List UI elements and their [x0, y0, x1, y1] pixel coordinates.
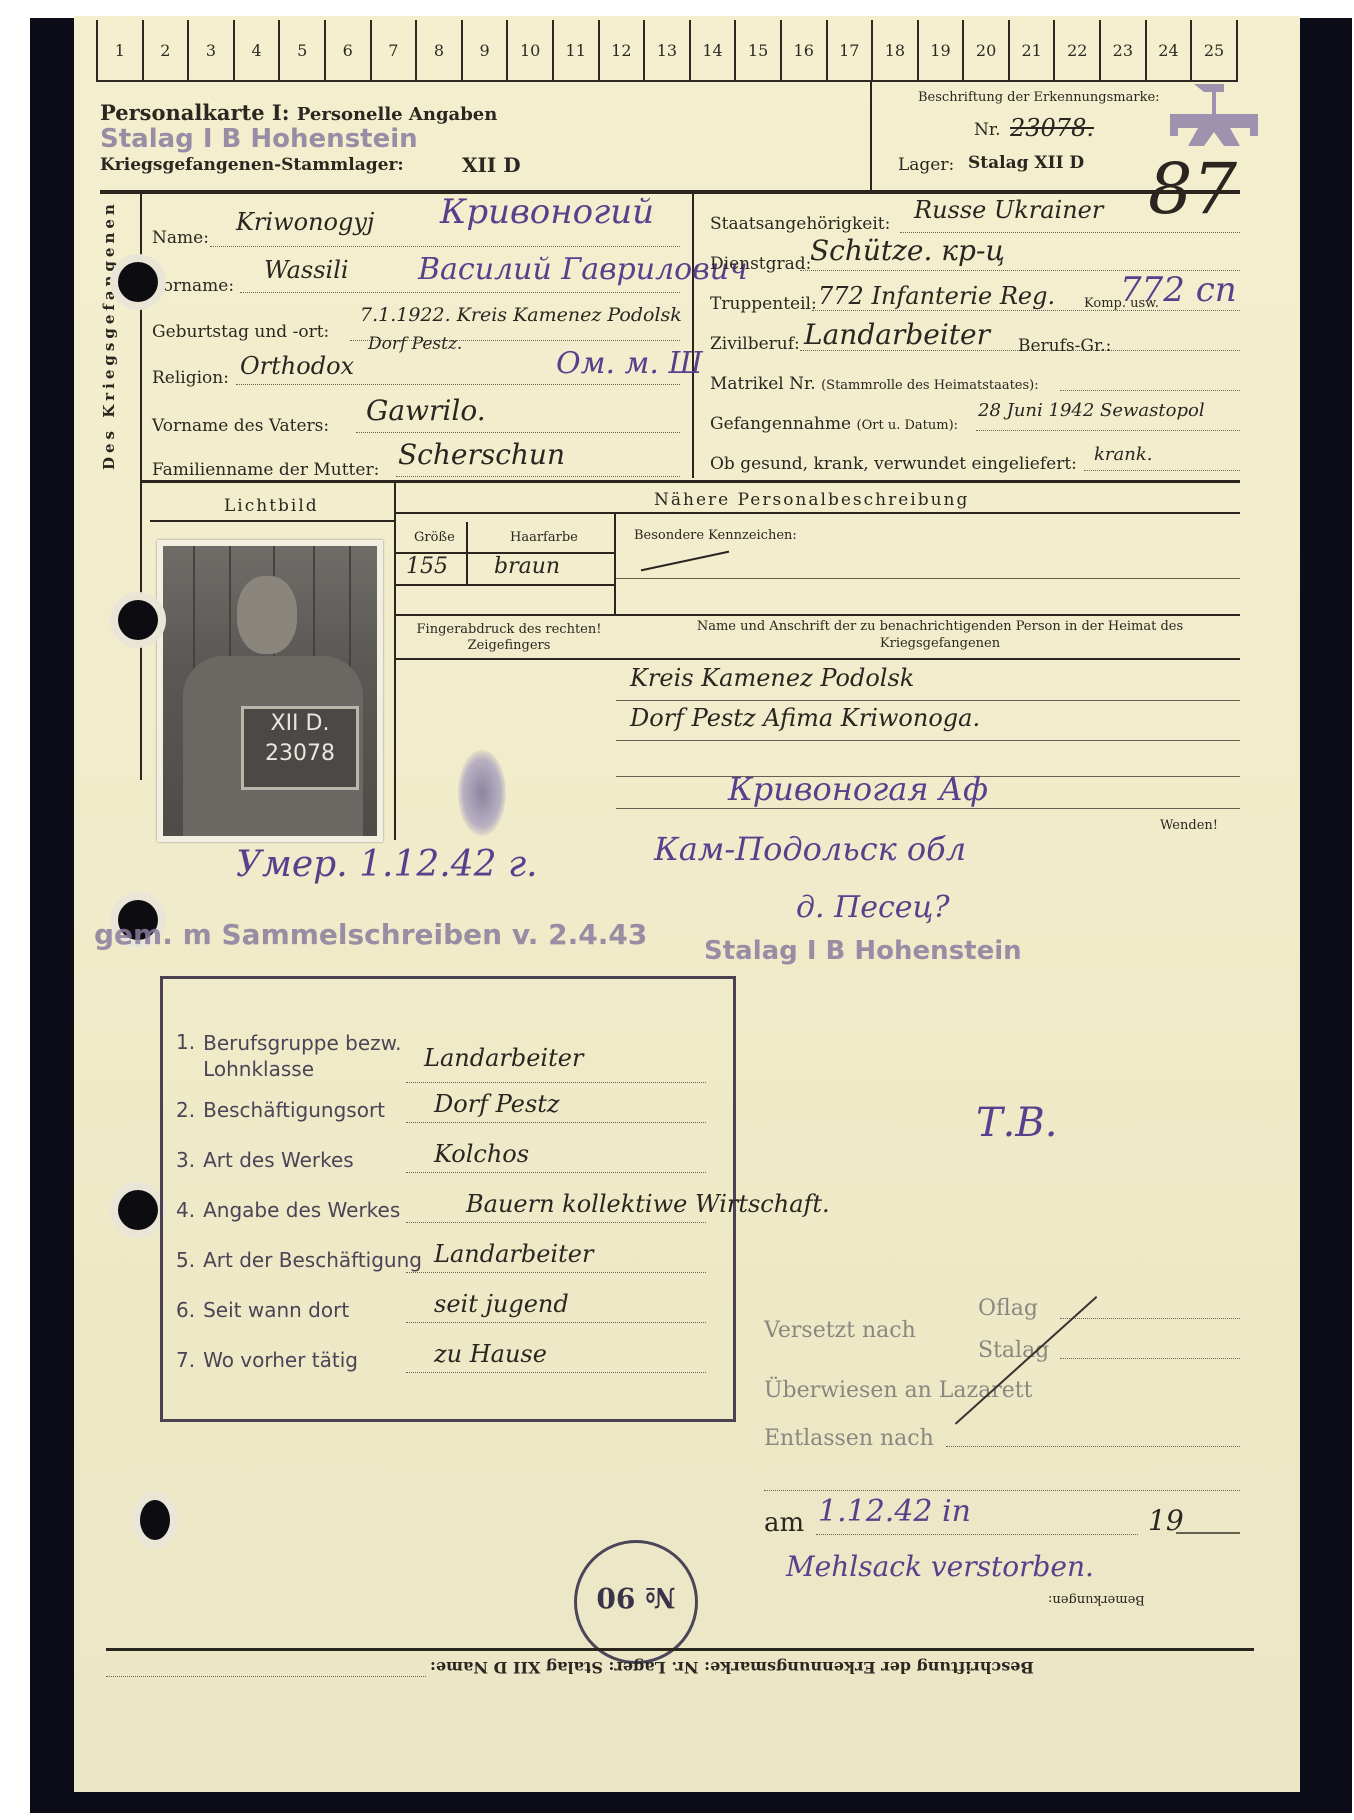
lichtbild-label: Lichtbild — [224, 496, 319, 516]
ruler-cell: 19 — [917, 20, 963, 80]
footer-bottom-line: Beschriftung der Erkennungsmarke: Nr. La… — [430, 1658, 1034, 1677]
gesund-value: krank. — [1094, 444, 1152, 465]
board-line-1: XII D. — [244, 709, 356, 739]
religion-note: Ом. м. Ш — [556, 346, 703, 381]
religion-value: Orthodox — [240, 352, 354, 380]
work-item-value: Landarbeiter — [424, 1044, 583, 1072]
fingerprint — [458, 750, 506, 836]
groesse-value: 155 — [406, 554, 448, 579]
name-cyrillic: Кривоногий — [440, 192, 654, 232]
ruler-cell: 21 — [1008, 20, 1054, 80]
zivil-value: Landarbeiter — [804, 318, 990, 351]
geburt-value-2: Dorf Pestz. — [368, 334, 462, 354]
initials: Т.В. — [976, 1100, 1058, 1146]
truppe-note: 772 сп — [1120, 270, 1237, 310]
stammlager-value: XII D — [462, 153, 521, 177]
work-item-label: Beschäftigungsort — [203, 1098, 385, 1122]
fingerabdruck-label: Fingerabdruck des rechten! Zeigefingers — [414, 622, 604, 654]
work-item-number: 4. — [176, 1198, 195, 1222]
ruler-cell: 22 — [1053, 20, 1099, 80]
truppe-label: Truppenteil: — [710, 294, 817, 314]
berufsgr-label: Berufs-Gr.: — [1018, 336, 1111, 356]
side-label: Des Kriegsgefangenen — [100, 200, 118, 470]
work-item-label: Seit wann dort — [203, 1298, 349, 1322]
work-item: 7.Wo vorher tätigzu Hause — [176, 1348, 716, 1372]
religion-label: Religion: — [152, 368, 229, 388]
ruler-cell: 10 — [506, 20, 552, 80]
geburt-value: 7.1.1922. Kreis Kamenez Podolsk — [360, 304, 682, 326]
contact-label: Name und Anschrift der zu benachrichtige… — [660, 618, 1220, 652]
prisoner-photo: XII D. 23078 — [157, 540, 383, 842]
punch-hole — [118, 262, 158, 302]
ruler-cell: 15 — [734, 20, 780, 80]
work-item-label: Art des Werkes — [203, 1148, 354, 1172]
matrikel-sub: (Stammrolle des Heimatstaates): — [821, 378, 1039, 393]
vater-value: Gawrilo. — [366, 394, 486, 427]
lager-label: Lager: — [898, 155, 954, 175]
contact-line-1: Kreis Kamenez Podolsk — [630, 664, 914, 692]
contact-line-5: д. Песец? — [796, 890, 950, 925]
work-item: 5.Art der BeschäftigungLandarbeiter — [176, 1248, 716, 1272]
ruler-cell: 11 — [552, 20, 598, 80]
ruler-cell: 14 — [689, 20, 735, 80]
name-label: Name: — [152, 228, 209, 248]
ruler-cell: 23 — [1099, 20, 1145, 80]
work-item-value: zu Hause — [434, 1340, 547, 1368]
name-value: Kriwonogyj — [236, 208, 374, 236]
number-ruler: 1234567891011121314151617181920212223242… — [96, 20, 1238, 82]
mutter-value: Scherschun — [398, 438, 565, 471]
matrikel-label: Matrikel Nr. (Stammrolle des Heimatstaat… — [710, 374, 1039, 394]
ruler-cell: 1 — [96, 20, 142, 80]
work-item-label: Angabe des Werkes — [203, 1198, 400, 1222]
ruler-cell: 18 — [871, 20, 917, 80]
zivil-label: Zivilberuf: — [710, 334, 800, 354]
ruler-cell: 2 — [142, 20, 188, 80]
work-item-number: 2. — [176, 1098, 195, 1122]
circle-stamp-text: № 90 — [577, 1581, 695, 1614]
punch-hole — [118, 600, 158, 640]
entlassen-label: Entlassen nach — [764, 1426, 934, 1451]
dienstgrad-value: Schütze. кр-ц — [810, 234, 1005, 267]
naehere-label: Nähere Personalbeschreibung — [654, 490, 969, 510]
stamp-sammelschreiben: gem. m Sammelschreiben v. 2.4.43 — [94, 918, 647, 951]
ruler-cell: 9 — [461, 20, 507, 80]
truppe-value: 772 Infanterie Reg. — [818, 282, 1055, 310]
gefangen-label: Gefangennahme (Ort u. Datum): — [710, 414, 958, 434]
gesund-label: Ob gesund, krank, verwundet eingeliefert… — [710, 454, 1077, 474]
board-line-2: 23078 — [244, 739, 356, 769]
nr-label: Nr. — [974, 120, 1001, 140]
circle-stamp: № 90 — [574, 1540, 698, 1664]
card-title: Personalkarte I: Personelle Angaben — [100, 100, 497, 125]
am-label: am — [764, 1508, 804, 1538]
death-note: Умер. 1.12.42 г. — [236, 844, 538, 885]
groesse-label: Größe — [414, 530, 455, 545]
gefangen-value: 28 Juni 1942 Sewastopol — [978, 400, 1205, 421]
work-item-label: Art der Beschäftigung — [203, 1248, 422, 1272]
stamp-hohenstein: Stalag I B Hohenstein — [704, 936, 1022, 966]
margin-number: 87 — [1148, 148, 1237, 230]
stalag-label: Stalag — [978, 1338, 1049, 1363]
gefangen-sub: (Ort u. Datum): — [857, 418, 959, 433]
ruler-cell: 24 — [1145, 20, 1191, 80]
wenden-label: Wenden! — [1160, 818, 1218, 833]
mutter-label: Familienname der Mutter: — [152, 460, 379, 480]
punch-hole — [140, 1500, 170, 1540]
gefangen-title: Gefangennahme — [710, 414, 851, 434]
ruler-cell: 13 — [643, 20, 689, 80]
prisoner-number-board: XII D. 23078 — [241, 706, 359, 790]
ruler-cell: 17 — [826, 20, 872, 80]
dienstgrad-label: Dienstgrad: — [710, 254, 811, 274]
work-item-number: 5. — [176, 1248, 195, 1272]
work-item-number: 6. — [176, 1298, 195, 1322]
work-item: 1.Berufsgruppe bezw. LohnklasseLandarbei… — [176, 1030, 716, 1082]
ruler-cell: 12 — [598, 20, 644, 80]
ruler-cell: 5 — [278, 20, 324, 80]
contact-line-2: Dorf Pestz Afima Kriwonoga. — [630, 704, 980, 732]
kennzeichen-label: Besondere Kennzeichen: — [634, 528, 797, 543]
vorname-label: Vorname: — [152, 276, 234, 296]
geburt-label: Geburtstag und -ort: — [152, 322, 329, 342]
title-main: Personalkarte I: — [100, 100, 290, 125]
work-item-number: 7. — [176, 1348, 195, 1372]
oflag-label: Oflag — [978, 1296, 1038, 1321]
ruler-cell: 3 — [187, 20, 233, 80]
am-value: 1.12.42 in — [818, 1494, 971, 1529]
punch-hole — [118, 1190, 158, 1230]
lager-value: Stalag XII D — [968, 153, 1084, 173]
work-item-label: Wo vorher tätig — [203, 1348, 358, 1372]
vater-label: Vorname des Vaters: — [152, 416, 329, 436]
stamp-hohenstein-top: Stalag I B Hohenstein — [100, 124, 418, 154]
ruler-cell: 7 — [370, 20, 416, 80]
versetzt-label: Versetzt nach — [764, 1318, 916, 1343]
contact-line-4: Кам-Подольск обл — [654, 830, 966, 868]
work-item: 3.Art des WerkesKolchos — [176, 1148, 716, 1172]
haarfarbe-label: Haarfarbe — [510, 530, 578, 545]
haarfarbe-value: braun — [494, 554, 560, 579]
vorname-cyrillic: Василий Гаврилович — [418, 252, 748, 287]
work-item-value: Landarbeiter — [434, 1240, 593, 1268]
ruler-cell: 8 — [415, 20, 461, 80]
staat-value: Russe Ukrainer — [914, 196, 1103, 224]
work-item: 6.Seit wann dortseit jugend — [176, 1298, 716, 1322]
work-item: 4.Angabe des WerkesBauern kollektiwe Wir… — [176, 1198, 716, 1222]
title-sub: Personelle Angaben — [297, 104, 498, 125]
ruler-cell: 25 — [1190, 20, 1238, 80]
work-item-label: Berufsgruppe bezw. Lohnklasse — [203, 1030, 403, 1082]
work-item-value: Dorf Pestz — [434, 1090, 560, 1118]
nr-value: 23078. — [1010, 114, 1094, 142]
ruler-cell: 4 — [233, 20, 279, 80]
staat-label: Staatsangehörigkeit: — [710, 214, 890, 234]
vorname-value: Wassili — [264, 256, 349, 284]
work-item: 2.BeschäftigungsortDorf Pestz — [176, 1098, 716, 1122]
bemerkungen-label: Bemerkungen: — [1048, 1592, 1145, 1607]
work-item-number: 3. — [176, 1148, 195, 1172]
work-item-value: seit jugend — [434, 1290, 569, 1318]
work-item-value: Kolchos — [434, 1140, 529, 1168]
work-item-number: 1. — [176, 1030, 195, 1054]
remark-value: Mehlsack verstorben. — [786, 1550, 1094, 1583]
ruler-cell: 20 — [962, 20, 1008, 80]
ruler-cell: 16 — [780, 20, 826, 80]
marke-label: Beschriftung der Erkennungsmarke: — [918, 90, 1160, 105]
contact-line-3: Кривоногая Аф — [728, 770, 988, 808]
ruler-cell: 6 — [324, 20, 370, 80]
work-item-value: Bauern kollektiwe Wirtschaft. — [466, 1190, 830, 1218]
matrikel-title: Matrikel Nr. — [710, 374, 816, 394]
stammlager-label: Kriegsgefangenen-Stammlager: — [100, 155, 404, 175]
